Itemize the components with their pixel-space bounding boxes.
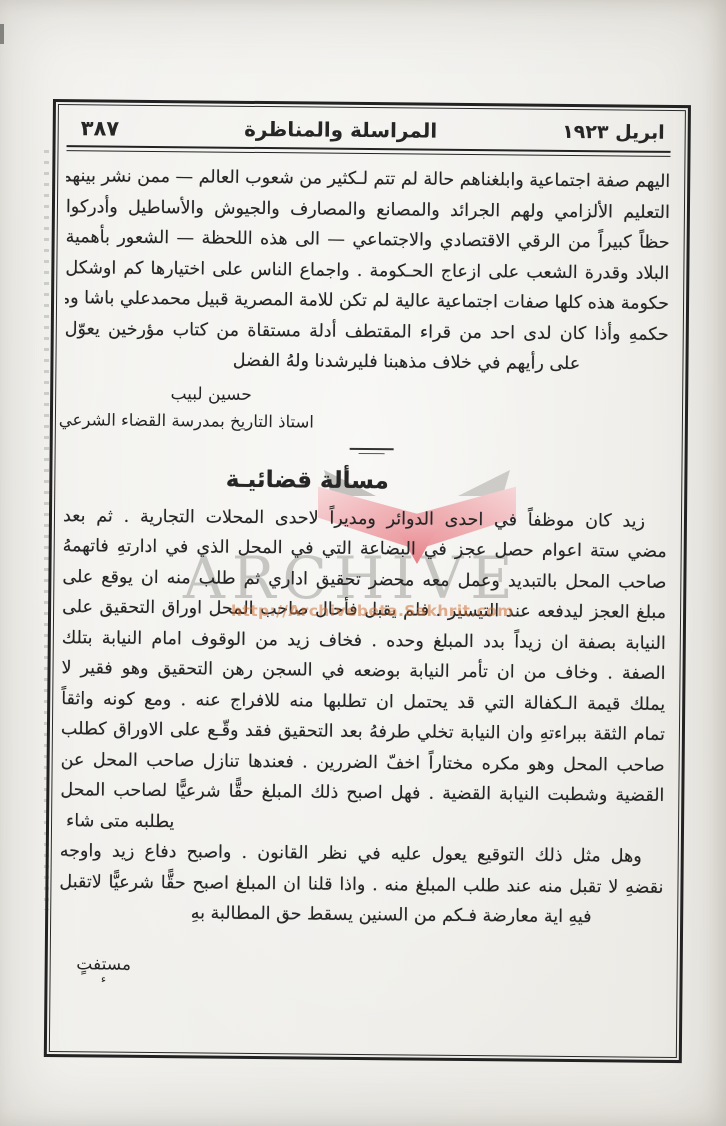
body-line: مضي ستة اعوام حصل عجز في البضاعة التي في… <box>63 531 667 567</box>
section-heading: مسألة قضائيـة <box>5 463 609 496</box>
body-line: حكومة هذه كلها صفات اجتماعية عالية لم تك… <box>65 283 669 319</box>
watermark-url: http://Archivebeta.Sakhrit.com <box>231 602 514 620</box>
body-line: القضية وشطبت النيابة القضية . فهل اصبح ذ… <box>60 775 664 811</box>
scan-artifact <box>0 24 4 44</box>
article1-body: اليهم صفة اجتماعية وابلغناهم حالة لم تتم… <box>64 161 670 380</box>
article-frame: ٣٨٧ المراسلة والمناظرة ابريل ١٩٢٣ اليهم … <box>44 99 691 1063</box>
body-line: تمام الثقة ببراءتهِ وان النيابة تخلي طرف… <box>61 714 665 750</box>
page-header: ٣٨٧ المراسلة والمناظرة ابريل ١٩٢٣ <box>67 111 671 149</box>
body-line: حكمهِ وأذا كان لدى احد من قراء المقتطف أ… <box>65 314 669 350</box>
page-number: ٣٨٧ <box>67 115 120 141</box>
body-line: نقضهِ لا تقبل منه عند طلب المبلغ منه . و… <box>59 867 663 903</box>
signature-title: استاذ التاريخ بمدرسة القضاء الشرعي <box>64 410 314 431</box>
closing-signature-text: مستفتٍ <box>76 954 131 975</box>
article2-body: زيد كان موظفاً في احدى الدوائر ومديراً ل… <box>59 501 667 934</box>
section-title: المراسلة والمناظرة <box>244 117 437 143</box>
signature-name: حسين لبيب <box>116 383 306 405</box>
closing-signature: مستفتٍ ء <box>58 954 148 986</box>
body-line: فيهِ اية معارضة فـكم من السنين يسقط حق ا… <box>59 897 663 933</box>
body-line: الصفة . وخاف من ان تأمر النيابة بوضعه في… <box>61 653 665 689</box>
closing-signature-mark: ء <box>58 972 148 986</box>
article-frame-inner: ٣٨٧ المراسلة والمناظرة ابريل ١٩٢٣ اليهم … <box>49 104 686 1058</box>
body-line: على رأيهم في خلاف مذهبنا فليرشدنا ولهُ ا… <box>64 344 668 380</box>
scanned-journal-page: { "page": { "header": { "page_number": "… <box>0 0 726 1126</box>
issue-date: ابريل ١٩٢٣ <box>562 121 671 144</box>
body-line: حظاً كبيراً من الرقي الاقتصادي والاجتماع… <box>66 222 670 258</box>
section-divider <box>350 447 394 454</box>
body-line: اليهم صفة اجتماعية وابلغناهم حالة لم تتم… <box>66 161 670 197</box>
body-line: وهل مثل ذلك التوقيع يعول عليه في نظر الق… <box>60 836 664 872</box>
signature-block: حسين لبيب استاذ التاريخ بمدرسة القضاء ال… <box>64 383 344 432</box>
